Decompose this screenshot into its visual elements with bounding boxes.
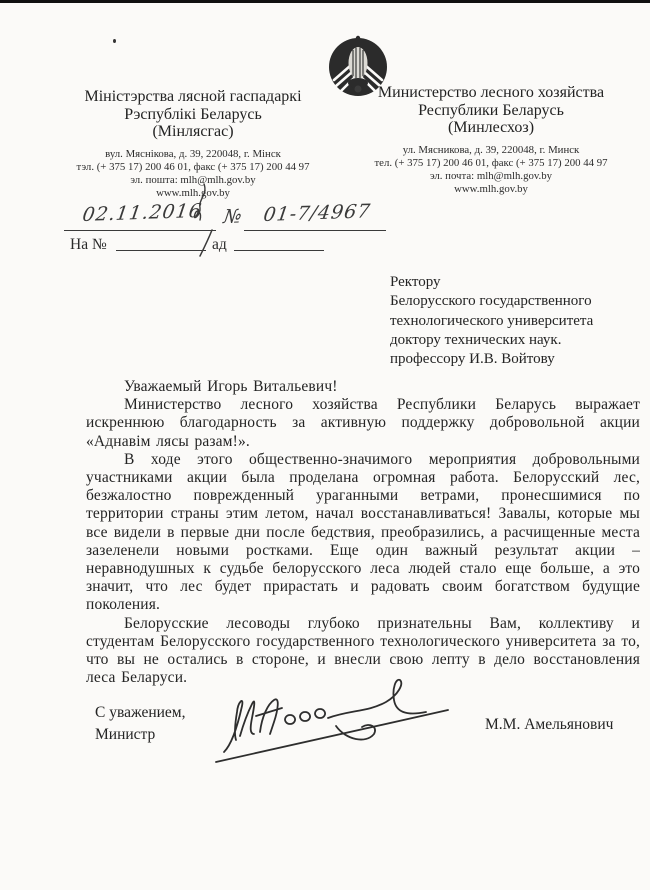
signatory-name: М.М. Амельянович (485, 716, 613, 734)
email-line: эл. почта: mlh@mlh.gov.by (342, 170, 640, 183)
incoming-number-blank (116, 250, 206, 251)
incoming-date-blank (234, 250, 324, 251)
reference-block: 02.11.2016 № 01-7/4967 На № ад (58, 204, 338, 258)
body-paragraph: В ходе этого общественно-значимого мероп… (86, 451, 640, 615)
ministry-title-by-line: Міністэрства лясной гаспадаркі (48, 88, 338, 106)
scan-edge-artifact (0, 0, 650, 3)
ink-speck (113, 39, 116, 43)
ministry-title-ru-line: (Минлесхоз) (342, 119, 640, 137)
ministry-address-ru: ул. Мясникова, д. 39, 220048, г. Минск т… (342, 144, 640, 196)
minister-signature-icon (208, 672, 458, 767)
number-sign: № (222, 205, 244, 228)
addressee-line: Ректору (390, 273, 640, 292)
outgoing-number-field: 01-7/4967 (244, 204, 386, 231)
address-line: тел. (+ 375 17) 200 46 01, факс (+ 375 1… (342, 157, 640, 170)
addressee-line: доктору технических наук. (390, 331, 640, 350)
salutation: Уважаемый Игорь Витальевич! (86, 378, 640, 396)
ministry-title-by-line: (Мінлясгас) (48, 123, 338, 141)
addressee-line: профессору И.В. Войтову (390, 350, 640, 369)
addressee-block: Ректору Белорусского государственного те… (390, 273, 640, 369)
closing-block: С уважением, Министр (95, 702, 186, 746)
ministry-title-by-line: Рэспублікі Беларусь (48, 106, 338, 124)
website-line: www.mlh.gov.by (342, 183, 640, 196)
incoming-number-label: На № (70, 236, 107, 254)
scanned-letter-page: Міністэрства лясной гаспадаркі Рэспублік… (0, 0, 650, 890)
body-paragraph: Министерство лесного хозяйства Республик… (86, 396, 640, 451)
incoming-number-row: На № ад (58, 236, 338, 258)
closing-position-line: Министр (95, 724, 186, 746)
handwritten-date: 02.11.2016 (81, 200, 204, 226)
letterhead-russian: Министерство лесного хозяйства Республик… (342, 84, 640, 196)
address-line: ул. Мясникова, д. 39, 220048, г. Минск (342, 144, 640, 157)
ministry-title-ru-line: Министерство лесного хозяйства (342, 84, 640, 102)
addressee-line: Белорусского государственного (390, 292, 640, 311)
date-field: 02.11.2016 (64, 204, 216, 231)
closing-respect-line: С уважением, (95, 702, 186, 724)
handwritten-number: 01-7/4967 (262, 200, 372, 226)
incoming-date-label: ад (212, 236, 227, 254)
ministry-title-by: Міністэрства лясной гаспадаркі Рэспублік… (48, 88, 338, 141)
ministry-title-ru: Министерство лесного хозяйства Республик… (342, 84, 640, 137)
addressee-line: технологического университета (390, 312, 640, 331)
address-line: вул. Мяснікова, д. 39, 220048, г. Мінск (48, 148, 338, 161)
ministry-title-ru-line: Республики Беларусь (342, 102, 640, 120)
letter-body: Уважаемый Игорь Витальевич! Министерство… (86, 378, 640, 687)
address-line: тэл. (+ 375 17) 200 46 01, факс (+ 375 1… (48, 161, 338, 174)
